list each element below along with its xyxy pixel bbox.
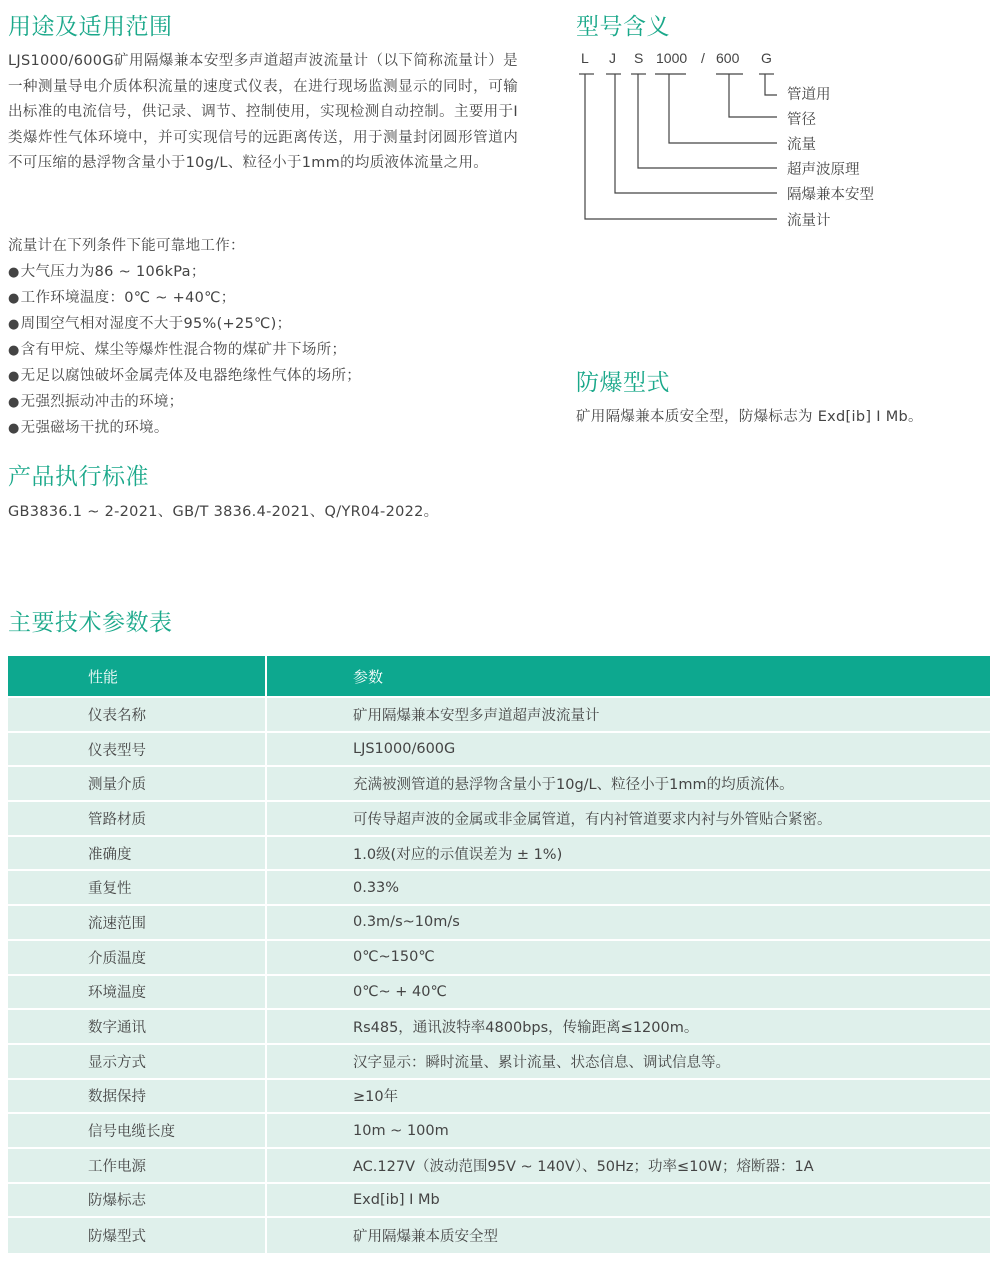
meaning-flowmeter: 流量计: [787, 209, 831, 230]
model-code-slash: /: [701, 50, 705, 66]
spec-table: 性能 参数 仪表名称矿用隔爆兼本安型多声道超声波流量计 仪表型号LJS1000/…: [8, 656, 990, 1253]
table-row: 准确度1.0级(对应的示值误差为 ± 1%): [8, 837, 990, 872]
condition-item: ●含有甲烷、煤尘等爆炸性混合物的煤矿井下场所；: [8, 337, 528, 363]
bullet-icon: ●: [8, 421, 20, 436]
model-code-600: 600: [716, 50, 739, 66]
meaning-pipe-use: 管道用: [787, 83, 831, 104]
model-code-1000: 1000: [656, 50, 687, 66]
bullet-icon: ●: [8, 369, 20, 384]
table-row: 管路材质可传导超声波的金属或非金属管道，有内衬管道要求内衬与外管贴合紧密。: [8, 802, 990, 837]
meaning-explosion-proof: 隔爆兼本安型: [787, 183, 874, 204]
explosion-text: 矿用隔爆兼本质安全型，防爆标志为 Exd[ib] I Mb。: [576, 405, 923, 431]
header-parameter: 参数: [267, 656, 990, 698]
conditions-intro: 流量计在下列条件下能可靠地工作：: [8, 233, 528, 259]
table-row: 环境温度0℃~ + 40℃: [8, 976, 990, 1011]
working-conditions: 流量计在下列条件下能可靠地工作： ●大气压力为86 ~ 106kPa； ●工作环…: [8, 233, 528, 441]
bullet-icon: ●: [8, 265, 20, 280]
model-code-diagram: L J S 1000 / 600 G 管道用 管径 流量 超声波原理 隔爆兼本安…: [570, 48, 970, 238]
meaning-ultrasonic: 超声波原理: [787, 158, 860, 179]
table-row: 信号电缆长度10m ~ 100m: [8, 1114, 990, 1149]
usage-description: LJS1000/600G矿用隔爆兼本安型多声道超声波流量计（以下简称流量计）是一…: [8, 49, 518, 177]
table-row: 仪表型号LJS1000/600G: [8, 733, 990, 768]
table-row: 防爆型式矿用隔爆兼本质安全型: [8, 1218, 990, 1253]
table-row: 重复性0.33%: [8, 871, 990, 906]
table-row: 防爆标志Exd[ib] I Mb: [8, 1184, 990, 1219]
model-connector-lines: [570, 48, 970, 238]
table-row: 数字通讯Rs485，通讯波特率4800bps，传输距离≤1200m。: [8, 1010, 990, 1045]
table-header-row: 性能 参数: [8, 656, 990, 698]
bullet-icon: ●: [8, 343, 20, 358]
table-row: 显示方式汉字显示：瞬时流量、累计流量、状态信息、调试信息等。: [8, 1045, 990, 1080]
usage-heading: 用途及适用范围: [8, 8, 173, 41]
table-row: 数据保持≥10年: [8, 1080, 990, 1115]
condition-item: ●周围空气相对湿度不大于95%(+25℃)；: [8, 311, 528, 337]
standard-heading: 产品执行标准: [8, 458, 149, 491]
model-code-g: G: [761, 50, 772, 66]
model-code-l: L: [581, 50, 589, 66]
params-heading: 主要技术参数表: [8, 604, 173, 637]
condition-item: ●大气压力为86 ~ 106kPa；: [8, 259, 528, 285]
bullet-icon: ●: [8, 395, 20, 410]
table-row: 流速范围0.3m/s~10m/s: [8, 906, 990, 941]
explosion-heading: 防爆型式: [576, 364, 670, 397]
bullet-icon: ●: [8, 317, 20, 332]
table-row: 测量介质充满被测管道的悬浮物含量小于10g/L、粒径小于1mm的均质流体。: [8, 767, 990, 802]
condition-item: ●无强烈振动冲击的环境；: [8, 389, 528, 415]
meaning-flow: 流量: [787, 133, 816, 154]
table-row: 仪表名称矿用隔爆兼本安型多声道超声波流量计: [8, 698, 990, 733]
table-row: 工作电源AC.127V（波动范围95V ~ 140V）、50Hz；功率≤10W；…: [8, 1149, 990, 1184]
model-heading: 型号含义: [576, 8, 670, 41]
standard-text: GB3836.1 ~ 2-2021、GB/T 3836.4-2021、Q/YR0…: [8, 500, 438, 526]
meaning-diameter: 管径: [787, 108, 816, 129]
table-row: 介质温度0℃~150℃: [8, 941, 990, 976]
condition-item: ●无强磁场干扰的环境。: [8, 415, 528, 441]
model-code-s: S: [634, 50, 643, 66]
condition-item: ●工作环境温度：0℃ ~ +40℃；: [8, 285, 528, 311]
product-spec-page: 用途及适用范围 LJS1000/600G矿用隔爆兼本安型多声道超声波流量计（以下…: [0, 0, 1000, 1263]
bullet-icon: ●: [8, 291, 20, 306]
header-performance: 性能: [8, 656, 267, 698]
condition-item: ●无足以腐蚀破坏金属壳体及电器绝缘性气体的场所；: [8, 363, 528, 389]
model-code-j: J: [609, 50, 616, 66]
